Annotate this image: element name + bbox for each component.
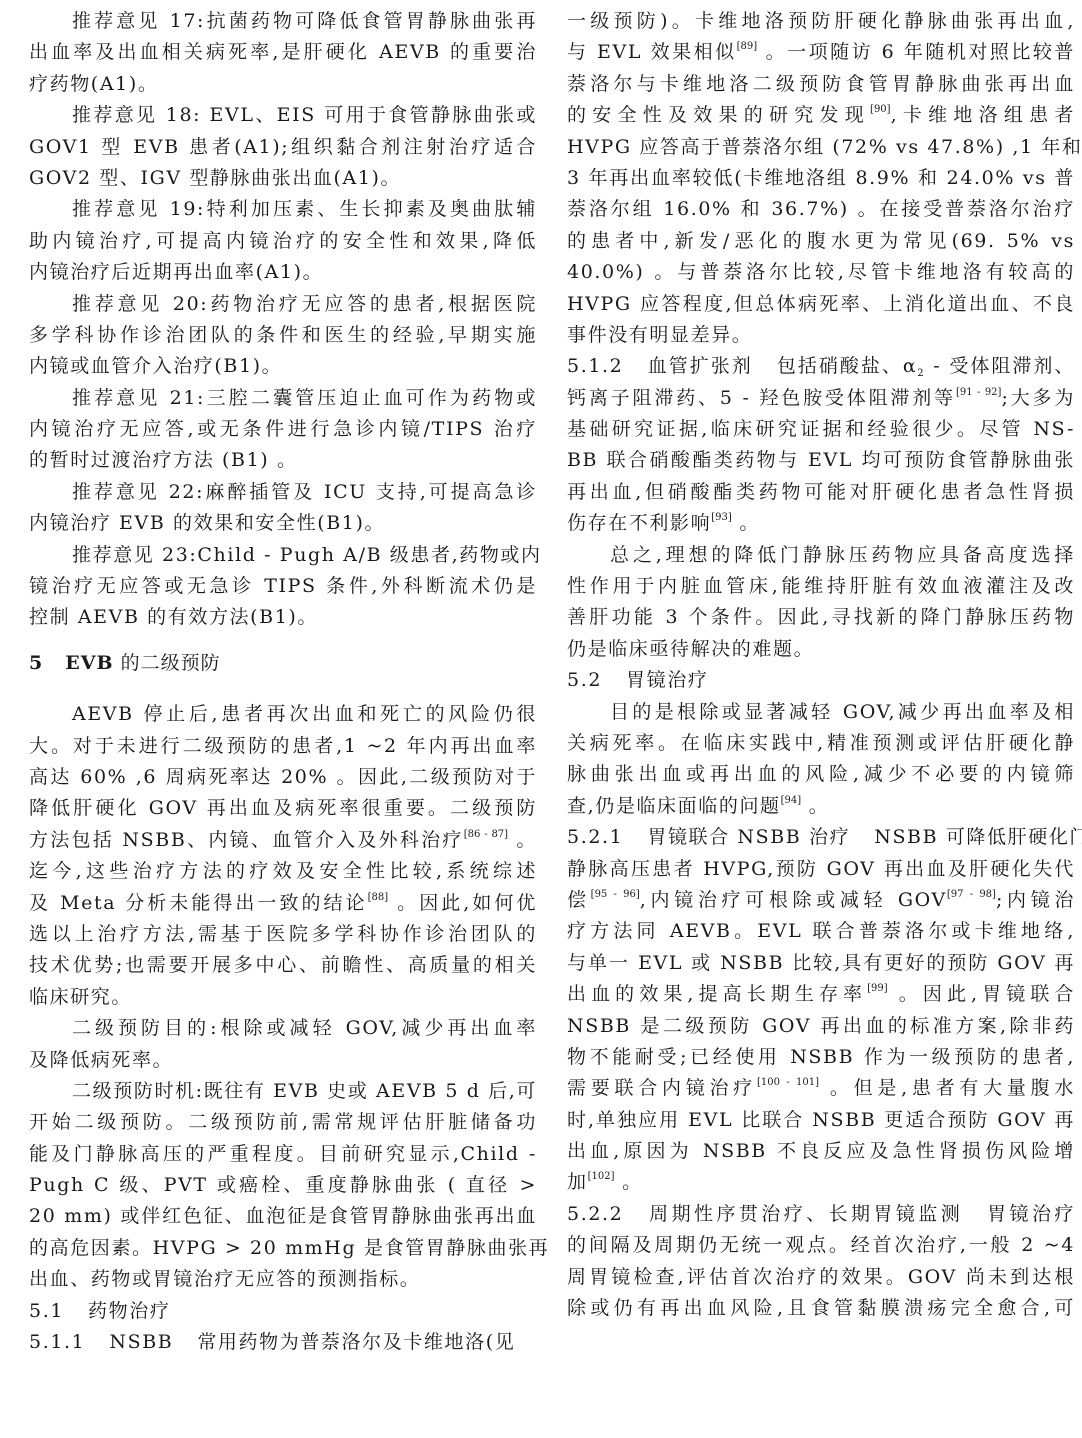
text-span: 偿	[567, 889, 591, 911]
section-number: 5.1.2	[567, 355, 623, 377]
text-line: 的患者中,新发/恶化的腹水更为常见(69. 5% vs	[567, 226, 1075, 257]
section-heading-5: 5EVB 的二级预防	[29, 648, 537, 679]
text-span: 加	[567, 1171, 588, 1193]
text-line: 推荐意见 19:特利加压素、生长抑素及奥曲肽辅	[29, 194, 537, 225]
text-line: 时,单独应用 EVL 比联合 NSBB 更适合预防 GOV 再	[567, 1105, 1075, 1136]
citation: [90]	[870, 104, 891, 115]
text-line: 出血的效果,提高长期生存率[99] 。因此,胃镜联合	[567, 979, 1075, 1010]
text-line: 推荐意见 20:药物治疗无应答的患者,根据医院	[29, 289, 537, 320]
text-line: NSBB 是二级预防 GOV 再出血的标准方案,除非药	[567, 1011, 1075, 1042]
text-line: 内镜治疗无应答,或无条件进行急诊内镜/TIPS 治疗	[29, 414, 537, 445]
text-line: 40.0%) 。与普萘洛尔比较,尽管卡维地洛有较高的	[567, 257, 1075, 288]
text-span: 及 Meta 分析未能得出一致的结论	[29, 892, 368, 914]
text-line: 仍是临床亟待解决的难题。	[567, 634, 1075, 665]
text-span: ,卡维地洛组患者	[891, 104, 1075, 126]
text-span: 查,仍是临床面临的问题	[567, 795, 781, 817]
section-number: 5.2	[567, 669, 602, 691]
text-line: 及降低病死率。	[29, 1045, 537, 1076]
text-line: Pugh C 级、PVT 或癌栓、重度静脉曲张 ( 直径 >	[29, 1170, 537, 1201]
left-column: 推荐意见 17:抗菌药物可降低食管胃静脉曲张再 出血率及出血相关病死率,是肝硬化…	[29, 6, 537, 1358]
section-number: 5	[29, 652, 43, 674]
text-line: 静脉高压患者 HVPG,预防 GOV 再出血及肝硬化失代	[567, 854, 1075, 885]
section-title: 的二级预防	[114, 652, 221, 674]
section-number: 5.1	[29, 1300, 64, 1322]
recommendation-18: 推荐意见 18: EVL、EIS 可用于食管静脉曲张或 GOV1 型 EVB 患…	[29, 100, 537, 194]
recommendation-23: 推荐意见 23:Child - Pugh A/B 级患者,药物或内 镜治疗无应答…	[29, 540, 537, 634]
citation: [91 - 92]	[956, 387, 1001, 398]
section-5-2-1: 5.2.1胃镜联合 NSBB 治疗NSBB 可降低肝硬化门 静脉高压患者 HVP…	[567, 822, 1075, 1199]
text-line: 助内镜治疗,可提高内镜治疗的安全性和效果,降低	[29, 226, 537, 257]
right-column: 一级预防)。卡维地洛预防肝硬化静脉曲张再出血, 与 EVL 效果相似[89] 。…	[567, 6, 1075, 1324]
text-span: 。因此,胃镜联合	[888, 983, 1075, 1005]
text-span: 出血的效果,提高长期生存率	[567, 983, 867, 1005]
text-line: 开始二级预防。二级预防前,需常规评估肝脏储备功	[29, 1107, 537, 1138]
text-line: 除或仍有再出血风险,且食管黏膜溃疡完全愈合,可	[567, 1293, 1075, 1324]
text-line: 方法包括 NSBB、内镜、血管介入及外科治疗[86 - 87] 。	[29, 825, 537, 856]
citation: [86 - 87]	[464, 829, 508, 840]
text-span: 方法包括 NSBB、内镜、血管介入及外科治疗	[29, 829, 464, 851]
text-line: 疗药物(A1)。	[29, 69, 537, 100]
paragraph-secondary-prevention-timing: 二级预防时机:既往有 EVB 史或 AEVB 5 d 后,可 开始二级预防。二级…	[29, 1076, 537, 1296]
section-number: 5.2.2	[567, 1203, 623, 1225]
paragraph-secondary-prevention-goal: 二级预防目的:根除或减轻 GOV,减少再出血率 及降低病死率。	[29, 1013, 537, 1076]
text-line: 二级预防时机:既往有 EVB 史或 AEVB 5 d 后,可	[29, 1076, 537, 1107]
section-number: 5.2.1	[567, 826, 623, 848]
section-5-1-2: 5.1.2血管扩张剂包括硝酸盐、α2 - 受体阻滞剂、 钙离子阻滞药、5 - 羟…	[567, 351, 1075, 539]
text-line: 临床研究。	[29, 982, 537, 1013]
text-line: GOV1 型 EVB 患者(A1);组织黏合剂注射治疗适合	[29, 132, 537, 163]
text-span: 。	[801, 795, 829, 817]
text-span: 与 EVL 效果相似	[567, 41, 737, 63]
text-line: 性作用于内脏血管床,能维持肝脏有效血液灌注及改	[567, 571, 1075, 602]
text-line: 偿[95 - 96],内镜治疗可根除或减轻 GOV[97 - 98];内镜治	[567, 885, 1075, 916]
citation: [99]	[867, 983, 888, 994]
text-span: 的安全性及效果的研究发现	[567, 104, 870, 126]
citation: [102]	[588, 1171, 615, 1182]
citation: [97 - 98]	[947, 889, 996, 900]
text-line: 善肝功能 3 个条件。因此,寻找新的降门静脉压药物	[567, 602, 1075, 633]
text-line: 5.2.1胃镜联合 NSBB 治疗NSBB 可降低肝硬化门	[567, 822, 1075, 853]
recommendation-21: 推荐意见 21:三腔二囊管压迫止血可作为药物或 内镜治疗无应答,或无条件进行急诊…	[29, 383, 537, 477]
text-span: 。但是,患者有大量腹水	[819, 1077, 1075, 1099]
document-page: 推荐意见 17:抗菌药物可降低食管胃静脉曲张再 出血率及出血相关病死率,是肝硬化…	[0, 0, 1082, 1438]
section-title: NSBB	[109, 1331, 173, 1353]
text-line: HVPG 应答高于普萘洛尔组 (72% vs 47.8%) ,1 年和	[567, 132, 1075, 163]
text-line: 与 EVL 效果相似[89] 。一项随访 6 年随机对照比较普	[567, 37, 1075, 68]
text-line: 脉曲张出血或再出血的风险,减少不必要的内镜筛	[567, 759, 1075, 790]
recommendation-17: 推荐意见 17:抗菌药物可降低食管胃静脉曲张再 出血率及出血相关病死率,是肝硬化…	[29, 6, 537, 100]
text-line: 3 年再出血率较低(卡维地洛组 8.9% 和 24.0% vs 普	[567, 163, 1075, 194]
text-line: 查,仍是临床面临的问题[94] 。	[567, 791, 1075, 822]
text-span: ;内镜治	[996, 889, 1075, 911]
text-line: 钙离子阻滞药、5 - 羟色胺受体阻滞剂等[91 - 92];大多为	[567, 383, 1075, 414]
text-line: 总之,理想的降低门静脉压药物应具备高度选择	[567, 540, 1075, 571]
text-span: 伤存在不利影响	[567, 512, 711, 534]
text-line: 内镜治疗后近期再出血率(A1)。	[29, 257, 537, 288]
text-line: 的暂时过渡治疗方法 (B1) 。	[29, 445, 537, 476]
text-line: 内镜治疗 EVB 的效果和安全性(B1)。	[29, 508, 537, 539]
text-line: BB 联合硝酸酯类药物与 EVL 均可预防食管静脉曲张	[567, 445, 1075, 476]
text-line: 5.1.2血管扩张剂包括硝酸盐、α2 - 受体阻滞剂、	[567, 351, 1075, 382]
text-line: 伤存在不利影响[93] 。	[567, 508, 1075, 539]
text-span: 钙离子阻滞药、5 - 羟色胺受体阻滞剂等	[567, 387, 956, 409]
section-title: 胃镜治疗	[626, 669, 708, 691]
citation: [88]	[368, 892, 389, 903]
text-span: 。一项随访 6 年随机对照比较普	[757, 41, 1075, 63]
text-span: NSBB 可降低肝硬化门	[874, 826, 1082, 848]
text-line: 事件没有明显差异。	[567, 320, 1075, 351]
text-line: 基础研究证据,临床研究证据和经验很少。尽管 NS-	[567, 414, 1075, 445]
text-line: 推荐意见 17:抗菌药物可降低食管胃静脉曲张再	[29, 6, 537, 37]
text-line: 选以上治疗方法,需基于医院多学科协作诊治团队的	[29, 919, 537, 950]
citation: [95 - 96]	[591, 889, 640, 900]
text-line: 与单一 EVL 或 NSBB 比较,具有更好的预防 GOV 再	[567, 948, 1075, 979]
text-line: HVPG 应答程度,但总体病死率、上消化道出血、不良	[567, 289, 1075, 320]
text-line: 再出血,但硝酸酯类药物可能对肝硬化患者急性肾损	[567, 477, 1075, 508]
text-span: ,内镜治疗可根除或减轻 GOV	[640, 889, 947, 911]
recommendation-19: 推荐意见 19:特利加压素、生长抑素及奥曲肽辅 助内镜治疗,可提高内镜治疗的安全…	[29, 194, 537, 288]
text-line: 降低肝硬化 GOV 再出血及病死率很重要。二级预防	[29, 793, 537, 824]
text-line: 关病死率。在临床实践中,精准预测或评估肝硬化静	[567, 728, 1075, 759]
text-span: - 受体阻滞剂、	[925, 355, 1075, 377]
text-line: 技术优势;也需要开展多中心、前瞻性、高质量的相关	[29, 950, 537, 981]
text-line: AEVB 停止后,患者再次出血和死亡的风险仍很	[29, 699, 537, 730]
section-title: 周期性序贯治疗、长期胃镜监测	[647, 1203, 963, 1225]
section-heading-5-1-1: 5.1.1NSBB常用药物为普萘洛尔及卡维地洛(见	[29, 1327, 537, 1358]
text-span: 。	[615, 1171, 643, 1193]
section-title: 胃镜联合 NSBB 治疗	[647, 826, 850, 848]
paragraph-endoscopy: 目的是根除或显著减轻 GOV,减少再出血率及相 关病死率。在临床实践中,精准预测…	[567, 697, 1075, 823]
text-line: 推荐意见 18: EVL、EIS 可用于食管静脉曲张或	[29, 100, 537, 131]
text-line: 物不能耐受;已经使用 NSBB 作为一级预防的患者,	[567, 1042, 1075, 1073]
citation: [89]	[737, 41, 758, 52]
citation: [100 - 101]	[757, 1077, 819, 1088]
text-line: 出血,原因为 NSBB 不良反应及急性肾损伤风险增	[567, 1136, 1075, 1167]
text-span: ;大多为	[1001, 387, 1075, 409]
text-line: 萘洛尔与卡维地洛二级预防食管胃静脉曲张再出血	[567, 69, 1075, 100]
text-line: 出血、药物或胃镜治疗无应答的预测指标。	[29, 1264, 537, 1295]
text-line: 二级预防目的:根除或减轻 GOV,减少再出血率	[29, 1013, 537, 1044]
text-line: 内镜或血管介入治疗(B1)。	[29, 351, 537, 382]
section-heading-5-2: 5.2胃镜治疗	[567, 665, 1075, 696]
text-line: 出血率及出血相关病死率,是肝硬化 AEVB 的重要治	[29, 37, 537, 68]
paragraph-nsbb-continued: 一级预防)。卡维地洛预防肝硬化静脉曲张再出血, 与 EVL 效果相似[89] 。…	[567, 6, 1075, 351]
section-number: 5.1.1	[29, 1331, 85, 1353]
text-line: 20 mm) 或伴红色征、血泡征是食管胃静脉曲张再出血	[29, 1201, 537, 1232]
text-line: 5.2.2周期性序贯治疗、长期胃镜监测胃镜治疗	[567, 1199, 1075, 1230]
text-line: 一级预防)。卡维地洛预防肝硬化静脉曲张再出血,	[567, 6, 1075, 37]
text-line: 能及门静脉高压的严重程度。目前研究显示,Child -	[29, 1139, 537, 1170]
text-line: 的间隔及周期仍无统一观点。经首次治疗,一般 2 ~4	[567, 1230, 1075, 1261]
text-line: 推荐意见 23:Child - Pugh A/B 级患者,药物或内	[29, 540, 537, 571]
text-line: 推荐意见 22:麻醉插管及 ICU 支持,可提高急诊	[29, 477, 537, 508]
text-span: 。因此,如何优	[388, 892, 537, 914]
paragraph-aevb: AEVB 停止后,患者再次出血和死亡的风险仍很 大。对于未进行二级预防的患者,1…	[29, 699, 537, 1013]
section-title-bold: EVB	[65, 652, 113, 674]
section-title: 药物治疗	[88, 1300, 170, 1322]
section-title: 血管扩张剂	[647, 355, 752, 377]
text-line: 的高危因素。HVPG > 20 mmHg 是食管胃静脉曲张再	[29, 1233, 537, 1264]
text-line: 高达 60% ,6 周病死率达 20% 。因此,二级预防对于	[29, 762, 537, 793]
text-line: 推荐意见 21:三腔二囊管压迫止血可作为药物或	[29, 383, 537, 414]
citation: [93]	[711, 512, 732, 523]
text-line: 大。对于未进行二级预防的患者,1 ~2 年内再出血率	[29, 731, 537, 762]
text-line: 控制 AEVB 的有效方法(B1)。	[29, 602, 537, 633]
text-span: 。	[732, 512, 760, 534]
recommendation-20: 推荐意见 20:药物治疗无应答的患者,根据医院 多学科协作诊治团队的条件和医生的…	[29, 289, 537, 383]
text-line: GOV2 型、IGV 型静脉曲张出血(A1)。	[29, 163, 537, 194]
text-span: 胃镜治疗	[987, 1203, 1075, 1225]
paragraph-summary: 总之,理想的降低门静脉压药物应具备高度选择 性作用于内脏血管床,能维持肝脏有效血…	[567, 540, 1075, 666]
text-line: 疗方法同 AEVB。EVL 联合普萘洛尔或卡维地络,	[567, 916, 1075, 947]
text-line: 目的是根除或显著减轻 GOV,减少再出血率及相	[567, 697, 1075, 728]
recommendation-22: 推荐意见 22:麻醉插管及 ICU 支持,可提高急诊 内镜治疗 EVB 的效果和…	[29, 477, 537, 540]
text-line: 的安全性及效果的研究发现[90],卡维地洛组患者	[567, 100, 1075, 131]
section-heading-5-1: 5.1药物治疗	[29, 1296, 537, 1327]
text-line: 镜治疗无应答或无急诊 TIPS 条件,外科断流术仍是	[29, 571, 537, 602]
citation: [94]	[781, 795, 802, 806]
text-line: 加[102] 。	[567, 1167, 1075, 1198]
text-line: 多学科协作诊治团队的条件和医生的经验,早期实施	[29, 320, 537, 351]
text-span: 。	[508, 829, 537, 851]
section-5-2-2: 5.2.2周期性序贯治疗、长期胃镜监测胃镜治疗 的间隔及周期仍无统一观点。经首次…	[567, 1199, 1075, 1325]
text-line: 周胃镜检查,评估首次治疗的效果。GOV 尚未到达根	[567, 1262, 1075, 1293]
text-line: 迄今,这些治疗方法的疗效及安全性比较,系统综述	[29, 856, 537, 887]
text-line: 萘洛尔组 16.0% 和 36.7%) 。在接受普萘洛尔治疗	[567, 194, 1075, 225]
text-span: 包括硝酸盐、α	[777, 355, 917, 377]
text-span: 需要联合内镜治疗	[567, 1077, 757, 1099]
text-line: 及 Meta 分析未能得出一致的结论[88] 。因此,如何优	[29, 888, 537, 919]
text-span: 常用药物为普萘洛尔及卡维地洛(见	[197, 1331, 515, 1353]
text-line: 需要联合内镜治疗[100 - 101] 。但是,患者有大量腹水	[567, 1073, 1075, 1104]
